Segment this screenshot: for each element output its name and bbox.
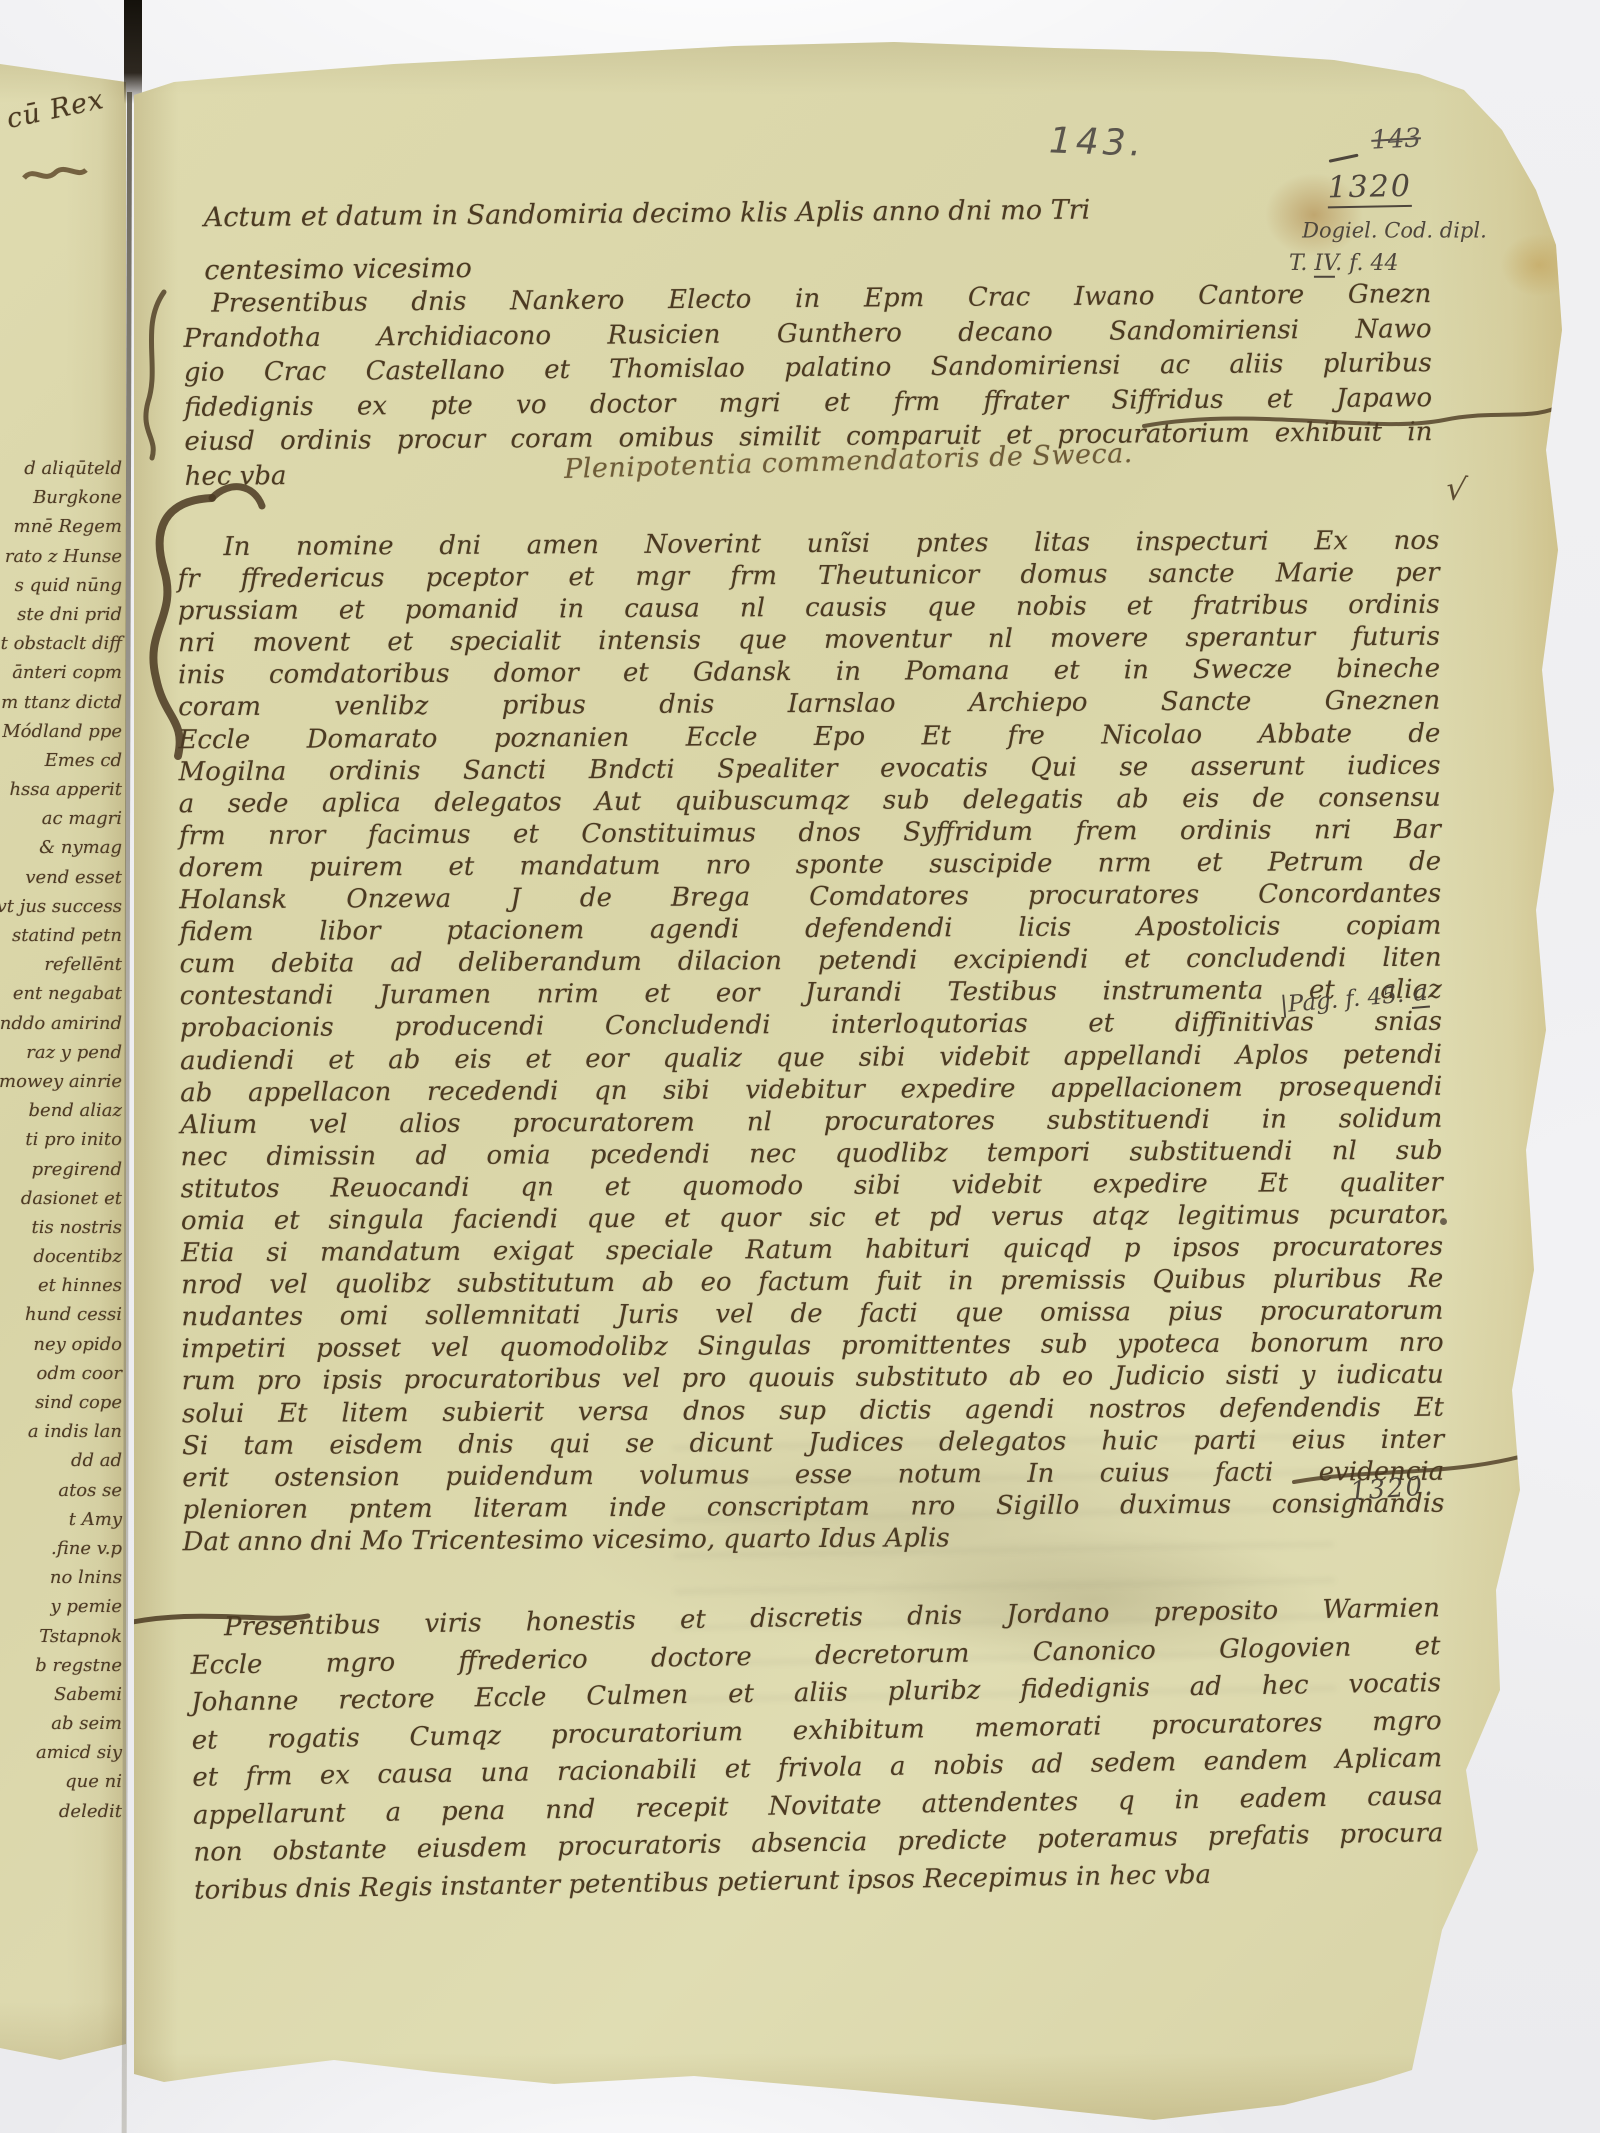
ink-squiggle bbox=[20, 160, 90, 188]
facing-page-text-fragment: tis nostris bbox=[0, 1213, 124, 1242]
catalog-reference-line1: Dogiel. Cod. dipl. bbox=[1302, 219, 1487, 243]
facing-page-text-fragment: ent negabat bbox=[0, 979, 124, 1008]
facing-page-text-fragment: ney opido bbox=[0, 1330, 124, 1359]
facing-page-text-fragment: atos se bbox=[0, 1476, 124, 1505]
facing-page-text-fragment: raz y pend bbox=[0, 1038, 124, 1067]
facing-page-text-fragment: Emes cd bbox=[0, 746, 124, 775]
facing-page-text-fragment: ānteri copm bbox=[0, 658, 124, 687]
facing-page-text-fragment: que ni bbox=[0, 1767, 124, 1796]
facing-page-text-fragment: nddo amirind bbox=[0, 1009, 124, 1038]
manuscript-photo: cū Rex d aliqūteldBurgkonemnē Regemrato … bbox=[0, 0, 1600, 2133]
reference-prefix: T. bbox=[1289, 251, 1314, 276]
facing-page-text-fragment: t Amy bbox=[0, 1505, 124, 1534]
facing-page-text-fragment: mnē Regem bbox=[0, 512, 124, 541]
folio-margin-note-letter: a bbox=[1410, 980, 1430, 1009]
facing-page-text-fragment: d aliqūteld bbox=[0, 454, 124, 483]
stray-ink-dot bbox=[1440, 1218, 1447, 1225]
facing-page-text-fragment: m ttanz dictd bbox=[0, 688, 124, 717]
facing-page-text-fragment: b regstne bbox=[0, 1651, 124, 1680]
margin-checkmark: √ bbox=[1443, 469, 1468, 509]
facing-page-edge: cū Rex d aliqūteldBurgkonemnē Regemrato … bbox=[0, 52, 126, 2072]
facing-page-text-fragment: refellēnt bbox=[0, 950, 124, 979]
facing-page-text-fragment: t obstaclt diff bbox=[0, 629, 124, 658]
facing-page-text-fragment: ste dni prid bbox=[0, 600, 124, 629]
facing-page-text-fragment: bend aliaz bbox=[0, 1096, 124, 1125]
facing-page-text-fragment: s quid nūng bbox=[0, 571, 124, 600]
manuscript-leaf: 143. 143 1320 Dogiel. Cod. dipl. T. IV. … bbox=[134, 30, 1580, 2133]
manuscript-text-line: Actum et datum in Sandomiria decimo klis… bbox=[204, 185, 954, 245]
facing-page-text-fragment: Módland ppe bbox=[0, 717, 124, 746]
reference-roman-numeral: IV bbox=[1314, 251, 1335, 278]
facing-page-text-fragment: y pemie bbox=[0, 1592, 124, 1621]
facing-page-text-fragment: no lnins bbox=[0, 1563, 124, 1592]
facing-page-text-fragment: dd ad bbox=[0, 1446, 124, 1475]
facing-page-text-fragment: pregirend bbox=[0, 1155, 124, 1184]
crossed-out-number: 143 bbox=[1371, 123, 1422, 156]
margin-year-note: 1320. bbox=[1349, 1471, 1435, 1507]
facing-page-text-fragment: deledit bbox=[0, 1797, 124, 1826]
facing-page-text-fragment: dasionet et bbox=[0, 1184, 124, 1213]
pencil-folio-number: 143. bbox=[1048, 120, 1146, 164]
facing-page-text-fragment: ac magri bbox=[0, 804, 124, 833]
facing-page-text-fragment: a indis lan bbox=[0, 1417, 124, 1446]
witness-paragraph-brace bbox=[146, 292, 164, 458]
facing-page-text-fragment: statind petn bbox=[0, 921, 124, 950]
facing-page-text-fragment: amicd siy bbox=[0, 1738, 124, 1767]
reference-suffix: . f. 44 bbox=[1335, 251, 1398, 276]
stray-pen-mark bbox=[1329, 154, 1359, 163]
corner-year-note: 1320 bbox=[1327, 169, 1412, 208]
closing-paragraph: Presentibus viris honestis et discretis … bbox=[190, 1590, 1445, 1910]
facing-page-text-fragment: et hinnes bbox=[0, 1271, 124, 1300]
facing-page-text-fragment: hssa apperit bbox=[0, 775, 124, 804]
facing-page-text-fragment: rato z Hunse bbox=[0, 542, 124, 571]
facing-page-text-fragment: Burgkone bbox=[0, 483, 124, 512]
facing-page-text-fragment: nymag & bbox=[0, 833, 124, 862]
plenipotentia-text-block: In nomine dni amen Noverint unĩsi pntes … bbox=[177, 525, 1444, 1559]
facing-page-text-fragment: mowey ainrie bbox=[0, 1067, 124, 1096]
facing-page-text-fragment: vend esset bbox=[0, 863, 124, 892]
facing-page-text-fragment: ab seim bbox=[0, 1709, 124, 1738]
facing-page-text-fragment: hund cessi bbox=[0, 1300, 124, 1329]
facing-page-text-fragment: vt jus success bbox=[0, 892, 124, 921]
facing-page-text-fragment: Sabemi bbox=[0, 1680, 124, 1709]
facing-page-fragments: d aliqūteldBurgkonemnē Regemrato z Hunse… bbox=[0, 454, 124, 1826]
catalog-reference-line2: T. IV. f. 44 bbox=[1289, 251, 1399, 276]
dateline-paragraph: Actum et datum in Sandomiria decimo klis… bbox=[204, 185, 955, 298]
facing-page-text-fragment: Tstapnok bbox=[0, 1622, 124, 1651]
facing-page-header-note: cū Rex bbox=[4, 84, 107, 135]
binding-gutter-shadow bbox=[124, 0, 142, 104]
facing-page-text-fragment: fine v.p. bbox=[0, 1534, 124, 1563]
facing-page-text-fragment: odm coor bbox=[0, 1359, 124, 1388]
facing-page-text-fragment: sind cope bbox=[0, 1388, 124, 1417]
facing-page-text-fragment: docentibz bbox=[0, 1242, 124, 1271]
facing-page-text-fragment: ti pro inito bbox=[0, 1125, 124, 1154]
